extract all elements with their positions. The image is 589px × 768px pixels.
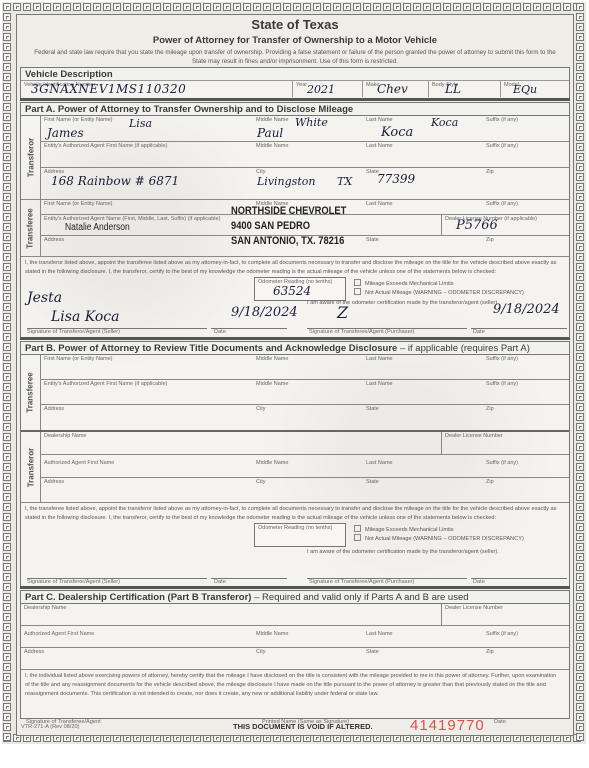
section-divider (20, 98, 570, 101)
greek-key-tile-icon (223, 3, 231, 11)
greek-key-tile-icon (3, 93, 11, 101)
transferor-first-name-extra: Lisa (129, 117, 152, 130)
greek-key-tile-icon (23, 3, 31, 11)
part-c-heading: Part C. Dealership Certification (Part B… (21, 591, 569, 604)
part-b-purchaser-signature-label: Signature of Transferee/Agent (Purchaser… (309, 579, 414, 585)
greek-key-tile-icon (576, 563, 584, 571)
greek-key-tile-icon (576, 583, 584, 591)
greek-key-tile-icon (576, 353, 584, 361)
part-a-checkbox-not-actual[interactable]: Not Actual Mileage (WARNING – ODOMETER D… (354, 288, 524, 296)
vin-field[interactable]: Vehicle Identification Number 3GNAXNEV1M… (21, 81, 293, 97)
greek-key-tile-icon (3, 273, 11, 281)
greek-key-tile-icon (3, 163, 11, 171)
greek-key-tile-icon (133, 3, 141, 11)
part-c-zip-field[interactable]: Zip (483, 648, 569, 669)
greek-key-tile-icon (163, 3, 171, 11)
transferor-state-field[interactable]: State 77399 (363, 168, 483, 199)
greek-key-tile-icon (3, 623, 11, 631)
part-b-transferor-label: Transferor (21, 432, 41, 502)
greek-key-tile-icon (3, 613, 11, 621)
part-b-zip-field[interactable]: Zip (483, 478, 569, 502)
greek-key-tile-icon (576, 113, 584, 121)
greek-key-tile-icon (3, 423, 11, 431)
greek-key-tile-icon (576, 713, 584, 721)
greek-key-tile-icon (576, 533, 584, 541)
greek-key-tile-icon (3, 123, 11, 131)
greek-key-tile-icon (576, 83, 584, 91)
greek-key-tile-icon (103, 3, 111, 11)
part-a-statement: I, the transferor listed above, appoint … (21, 257, 569, 279)
greek-key-tile-icon (443, 3, 451, 11)
greek-key-tile-icon (373, 3, 381, 11)
greek-key-tile-icon (33, 3, 41, 11)
greek-key-tile-icon (453, 3, 461, 11)
year-value: 2021 (307, 83, 335, 96)
greek-key-tile-icon (576, 473, 584, 481)
purchaser-signature-label: Signature of Transferee/Agent (Purchaser… (309, 329, 414, 335)
greek-key-tile-icon (383, 3, 391, 11)
checkbox-icon (354, 279, 361, 286)
year-field[interactable]: Year 2021 (293, 81, 363, 97)
greek-key-tile-icon (576, 593, 584, 601)
greek-key-tile-icon (3, 433, 11, 441)
part-c-middle-field[interactable]: Middle Name (253, 626, 363, 647)
transferor-middle-name-field[interactable]: Middle Name Paul White (253, 116, 363, 141)
greek-key-tile-icon (576, 33, 584, 41)
section-divider (20, 586, 570, 589)
greek-key-tile-icon (43, 3, 51, 11)
greek-key-tile-icon (523, 3, 531, 11)
greek-key-tile-icon (576, 273, 584, 281)
greek-key-tile-icon (423, 3, 431, 11)
greek-key-tile-icon (3, 493, 11, 501)
transferor-agent-last-name-field[interactable]: Last Name (363, 142, 483, 167)
greek-key-tile-icon (123, 3, 131, 11)
part-b-transferee-last-name-field[interactable]: Last Name (363, 355, 483, 379)
seller-signature-2: Lisa Koca (51, 309, 119, 325)
part-c-dealership-name-field[interactable]: Dealership Name (21, 604, 441, 625)
greek-key-tile-icon (213, 3, 221, 11)
transferor-address-field[interactable]: Address 168 Rainbow # 6871 (41, 168, 253, 199)
greek-key-tile-icon (576, 633, 584, 641)
greek-key-tile-icon (576, 153, 584, 161)
greek-key-tile-icon (576, 133, 584, 141)
form-notice: Federal and state law require that you s… (27, 48, 563, 66)
greek-key-tile-icon (3, 253, 11, 261)
greek-key-tile-icon (343, 3, 351, 11)
greek-key-tile-icon (576, 173, 584, 181)
greek-key-tile-icon (576, 493, 584, 501)
part-b-heading: Part B. Power of Attorney to Review Titl… (21, 342, 569, 355)
part-b-statement: I, the transferee listed above, appoint … (21, 503, 569, 525)
greek-key-tile-icon (576, 293, 584, 301)
greek-key-tile-icon (576, 623, 584, 631)
part-a-odometer-field[interactable]: Odometer Reading (no tenths) 63524 (254, 277, 346, 301)
checkbox-icon (354, 525, 361, 532)
seller-signature-1: Jesta (27, 290, 62, 306)
part-b-transferee-address-field[interactable]: Address (41, 405, 253, 430)
part-b-agent-last-field[interactable]: Last Name (363, 455, 483, 477)
transferor-last-name-field[interactable]: Last Name Koca Koca (363, 116, 483, 141)
greek-key-tile-icon (3, 313, 11, 321)
transferee-dealer-license-value: P5766 (456, 218, 498, 233)
greek-key-tile-icon (183, 3, 191, 11)
transferor-middle-name-value: Paul (257, 126, 283, 140)
part-b-city-field[interactable]: City (253, 478, 363, 502)
transferor-zip-field[interactable]: Zip (483, 168, 569, 199)
greek-key-tile-icon (3, 263, 11, 271)
greek-key-tile-icon (323, 3, 331, 11)
greek-key-tile-icon (333, 3, 341, 11)
greek-key-tile-icon (3, 503, 11, 511)
greek-key-tile-icon (73, 3, 81, 11)
greek-key-tile-icon (576, 13, 584, 21)
greek-key-tile-icon (3, 73, 11, 81)
vehicle-description-section: Vehicle Description Vehicle Identificati… (20, 67, 570, 99)
greek-key-tile-icon (3, 183, 11, 191)
greek-key-tile-icon (576, 453, 584, 461)
part-c-dealer-license-field[interactable]: Dealer License Number (441, 604, 569, 625)
greek-key-tile-icon (3, 363, 11, 371)
transferor-agent-suffix-field[interactable]: Suffix (if any) (483, 142, 569, 167)
greek-key-tile-icon (576, 393, 584, 401)
transferee-last-name-field[interactable]: Last Name (363, 200, 483, 214)
greek-key-tile-icon (3, 193, 11, 201)
greek-key-tile-icon (353, 3, 361, 11)
greek-key-tile-icon (576, 443, 584, 451)
greek-key-tile-icon (576, 543, 584, 551)
part-b-transferee-zip-field[interactable]: Zip (483, 405, 569, 430)
greek-key-tile-icon (576, 693, 584, 701)
greek-key-tile-icon (3, 153, 11, 161)
greek-key-tile-icon (576, 43, 584, 51)
greek-key-tile-icon (576, 103, 584, 111)
greek-key-tile-icon (3, 413, 11, 421)
greek-key-tile-icon (543, 3, 551, 11)
greek-key-tile-icon (533, 3, 541, 11)
make-field[interactable]: Make Chev (363, 81, 429, 97)
greek-key-tile-icon (413, 3, 421, 11)
greek-key-tile-icon (576, 203, 584, 211)
greek-key-tile-icon (483, 3, 491, 11)
greek-key-tile-icon (273, 3, 281, 11)
transferor-city-field[interactable]: City Livingston TX (253, 168, 363, 199)
greek-key-tile-icon (576, 483, 584, 491)
greek-key-tile-icon (3, 23, 11, 31)
greek-key-tile-icon (293, 3, 301, 11)
part-c-suffix-field[interactable]: Suffix (if any) (483, 626, 569, 647)
greek-key-tile-icon (576, 423, 584, 431)
greek-key-tile-icon (93, 3, 101, 11)
greek-key-tile-icon (3, 473, 11, 481)
greek-key-tile-icon (576, 253, 584, 261)
part-a-heading: Part A. Power of Attorney to Transfer Ow… (21, 103, 569, 116)
part-b-dealership-name-field[interactable]: Dealership Name (41, 432, 441, 454)
greek-key-tile-icon (3, 133, 11, 141)
part-c-city-field[interactable]: City (253, 648, 363, 669)
greek-key-tile-icon (3, 303, 11, 311)
body-style-value: LL (445, 82, 461, 96)
part-b-transferee-agent-first-field[interactable]: Entity's Authorized Agent First Name (if… (41, 380, 253, 404)
part-b-transferee-state-field[interactable]: State (363, 405, 483, 430)
greek-key-tile-icon (3, 293, 11, 301)
vin-value: 3GNAXNEV1MS110320 (31, 82, 186, 96)
greek-key-tile-icon (576, 683, 584, 691)
greek-key-tile-icon (3, 43, 11, 51)
greek-key-tile-icon (153, 3, 161, 11)
part-b-aware-text: I am aware of the odometer certification… (307, 549, 499, 555)
greek-key-tile-icon (3, 693, 11, 701)
greek-key-tile-icon (3, 323, 11, 331)
checkbox-icon (354, 534, 361, 541)
greek-key-tile-icon (576, 643, 584, 651)
form-title: State of Texas (17, 17, 573, 32)
greek-key-tile-icon (576, 463, 584, 471)
greek-key-tile-icon (576, 673, 584, 681)
greek-key-tile-icon (3, 653, 11, 661)
part-b-transferee-city-field[interactable]: City (253, 405, 363, 430)
greek-key-tile-icon (3, 663, 11, 671)
greek-key-tile-icon (3, 383, 11, 391)
greek-key-tile-icon (303, 3, 311, 11)
greek-key-tile-icon (3, 713, 11, 721)
greek-key-tile-icon (3, 13, 11, 21)
part-b-agent-suffix-field[interactable]: Suffix (if any) (483, 455, 569, 477)
greek-key-tile-icon (3, 633, 11, 641)
transferee-dealer-license-field[interactable]: Dealer License Number (if applicable) P5… (441, 215, 569, 235)
greek-key-tile-icon (576, 373, 584, 381)
greek-key-tile-icon (3, 443, 11, 451)
greek-key-tile-icon (3, 463, 11, 471)
checkbox-icon (354, 288, 361, 295)
greek-key-tile-icon (576, 93, 584, 101)
transferor-agent-first-name-field[interactable]: Entity's Authorized Agent First Name (if… (41, 142, 253, 167)
greek-key-tile-icon (576, 403, 584, 411)
part-c-last-field[interactable]: Last Name (363, 626, 483, 647)
greek-key-tile-icon (433, 3, 441, 11)
part-a-checkbox-exceeds[interactable]: Mileage Exceeds Mechanical Limits (354, 279, 454, 287)
greek-key-tile-icon (3, 223, 11, 231)
greek-key-tile-icon (576, 603, 584, 611)
greek-key-tile-icon (253, 3, 261, 11)
greek-key-tile-icon (3, 593, 11, 601)
greek-key-tile-icon (3, 553, 11, 561)
greek-key-tile-icon (3, 103, 11, 111)
greek-key-tile-icon (3, 333, 11, 341)
greek-key-tile-icon (403, 3, 411, 11)
greek-key-tile-icon (576, 303, 584, 311)
transferor-middle-name-extra: White (295, 116, 328, 129)
greek-key-tile-icon (576, 503, 584, 511)
serial-number: 41419770 (410, 717, 485, 734)
part-c-state-field[interactable]: State (363, 648, 483, 669)
greek-key-tile-icon (576, 343, 584, 351)
greek-key-tile-icon (3, 583, 11, 591)
part-b-section: Part B. Power of Attorney to Review Titl… (20, 341, 570, 587)
greek-key-tile-icon (3, 353, 11, 361)
greek-key-tile-icon (463, 3, 471, 11)
transferor-zip-value: 77399 (377, 172, 415, 186)
transferor-agent-middle-name-field[interactable]: Middle Name (253, 142, 363, 167)
greek-key-tile-icon (576, 63, 584, 71)
seller-date-value: 9/18/2024 (231, 305, 298, 320)
greek-key-tile-icon (3, 533, 11, 541)
greek-key-tile-icon (83, 3, 91, 11)
part-b-address-field[interactable]: Address (41, 478, 253, 502)
greek-key-tile-icon (203, 3, 211, 11)
part-c-agent-first-field[interactable]: Authorized Agent First Name (21, 626, 253, 647)
greek-key-tile-icon (576, 243, 584, 251)
greek-key-tile-icon (576, 433, 584, 441)
greek-key-tile-icon (576, 663, 584, 671)
part-b-transferee-first-name-field[interactable]: First Name (or Entity Name) (41, 355, 253, 379)
greek-key-tile-icon (3, 113, 11, 121)
greek-key-tile-icon (3, 573, 11, 581)
greek-key-tile-icon (393, 3, 401, 11)
part-b-purchaser-date-label: Date (473, 579, 485, 585)
greek-key-tile-icon (576, 383, 584, 391)
greek-key-tile-icon (243, 3, 251, 11)
odometer-value: 63524 (273, 284, 311, 298)
greek-key-tile-icon (263, 3, 271, 11)
transferee-suffix-field[interactable]: Suffix (if any) (483, 200, 569, 214)
greek-key-tile-icon (576, 223, 584, 231)
transferor-first-name-value: James (47, 126, 84, 140)
greek-key-tile-icon (3, 173, 11, 181)
greek-key-tile-icon (3, 563, 11, 571)
greek-key-tile-icon (576, 653, 584, 661)
greek-key-border-left (2, 2, 13, 744)
form-subtitle: Power of Attorney for Transfer of Owners… (17, 35, 573, 46)
greek-key-border-right (575, 2, 586, 744)
greek-key-tile-icon (513, 3, 521, 11)
part-b-checkbox-exceeds[interactable]: Mileage Exceeds Mechanical Limits (354, 525, 454, 533)
greek-key-tile-icon (3, 403, 11, 411)
transferor-last-name-value: Koca (381, 125, 413, 140)
part-c-address-field[interactable]: Address (21, 648, 253, 669)
model-field[interactable]: Model EQu (501, 81, 569, 97)
transferor-city-value: Livingston (257, 175, 315, 188)
greek-key-tile-icon (3, 343, 11, 351)
greek-key-tile-icon (576, 523, 584, 531)
greek-key-tile-icon (53, 3, 61, 11)
vehicle-description-heading: Vehicle Description (21, 68, 569, 81)
greek-key-tile-icon (313, 3, 321, 11)
greek-key-tile-icon (576, 313, 584, 321)
greek-key-tile-icon (563, 3, 571, 11)
greek-key-tile-icon (3, 603, 11, 611)
part-b-state-field[interactable]: State (363, 478, 483, 502)
greek-key-tile-icon (3, 283, 11, 291)
greek-key-tile-icon (553, 3, 561, 11)
purchaser-date-label: Date (473, 329, 485, 335)
form-sheet: State of Texas Power of Attorney for Tra… (16, 14, 574, 736)
greek-key-tile-icon (576, 613, 584, 621)
seller-date-label: Date (214, 329, 226, 335)
part-b-agent-first-field[interactable]: Authorized Agent First Name (41, 455, 253, 477)
greek-key-tile-icon (143, 3, 151, 11)
part-b-transferee-suffix-field[interactable]: Suffix (if any) (483, 355, 569, 379)
greek-key-tile-icon (576, 3, 584, 11)
greek-key-tile-icon (3, 703, 11, 711)
greek-key-tile-icon (576, 283, 584, 291)
part-b-agent-middle-field[interactable]: Middle Name (253, 455, 363, 477)
form-page: State of Texas Power of Attorney for Tra… (2, 2, 586, 744)
greek-key-tile-icon (576, 233, 584, 241)
greek-key-tile-icon (576, 73, 584, 81)
greek-key-tile-icon (576, 193, 584, 201)
greek-key-tile-icon (3, 233, 11, 241)
greek-key-tile-icon (503, 3, 511, 11)
greek-key-tile-icon (3, 63, 11, 71)
purchaser-signature: Z (337, 303, 348, 322)
greek-key-tile-icon (576, 513, 584, 521)
part-a-transferor-label: Transferor (21, 116, 41, 199)
transferee-zip-field[interactable]: Zip (483, 236, 569, 256)
transferee-first-name-field[interactable]: First Name (or Entity Name) (41, 200, 253, 214)
form-number: VTR-271-A (Rev 08/20) (21, 724, 79, 730)
section-divider (20, 337, 570, 340)
greek-key-tile-icon (3, 453, 11, 461)
greek-key-tile-icon (3, 53, 11, 61)
transferor-state-value: TX (337, 175, 352, 188)
greek-key-tile-icon (63, 3, 71, 11)
part-b-transferee-agent-last-field[interactable]: Last Name (363, 380, 483, 404)
greek-key-tile-icon (576, 183, 584, 191)
greek-key-tile-icon (3, 143, 11, 151)
part-b-transferee-agent-suffix-field[interactable]: Suffix (if any) (483, 380, 569, 404)
greek-key-tile-icon (3, 373, 11, 381)
greek-key-tile-icon (3, 483, 11, 491)
greek-key-tile-icon (576, 733, 584, 741)
greek-key-border-top (2, 2, 586, 13)
greek-key-tile-icon (576, 123, 584, 131)
model-value: EQu (513, 83, 537, 96)
part-b-transferee-middle-name-field[interactable]: Middle Name (253, 355, 363, 379)
greek-key-tile-icon (3, 203, 11, 211)
greek-key-tile-icon (13, 3, 21, 11)
greek-key-tile-icon (576, 163, 584, 171)
greek-key-tile-icon (113, 3, 121, 11)
greek-key-tile-icon (576, 573, 584, 581)
greek-key-tile-icon (576, 263, 584, 271)
greek-key-tile-icon (3, 3, 11, 11)
part-c-section: Part C. Dealership Certification (Part B… (20, 590, 570, 719)
part-a-section: Part A. Power of Attorney to Transfer Ow… (20, 102, 570, 338)
greek-key-tile-icon (193, 3, 201, 11)
part-b-checkbox-not-actual[interactable]: Not Actual Mileage (WARNING – ODOMETER D… (354, 534, 524, 542)
part-b-transferee-label: Transferee (21, 355, 41, 430)
part-b-transferee-agent-middle-field[interactable]: Middle Name (253, 380, 363, 404)
part-b-odometer-field[interactable]: Odometer Reading (no tenths) (254, 523, 346, 547)
transferor-first-name-field[interactable]: First Name (or Entity Name) James Lisa (41, 116, 253, 141)
part-c-date-label: Date (494, 719, 506, 725)
greek-key-tile-icon (3, 723, 11, 731)
transferor-suffix-field[interactable]: Suffix (if any) (483, 116, 569, 141)
greek-key-tile-icon (3, 733, 11, 741)
greek-key-tile-icon (576, 333, 584, 341)
part-b-seller-signature-label: Signature of Transferor/Agent (Seller) (27, 579, 120, 585)
part-a-transferee-label: Transferee (21, 200, 41, 256)
part-b-dealer-license-field[interactable]: Dealer License Number (441, 432, 569, 454)
make-value: Chev (377, 82, 408, 96)
greek-key-tile-icon (3, 543, 11, 551)
body-style-field[interactable]: Body Style LL (429, 81, 501, 97)
greek-key-tile-icon (576, 363, 584, 371)
transferee-state-field[interactable]: State (363, 236, 483, 256)
greek-key-tile-icon (576, 53, 584, 61)
greek-key-tile-icon (363, 3, 371, 11)
